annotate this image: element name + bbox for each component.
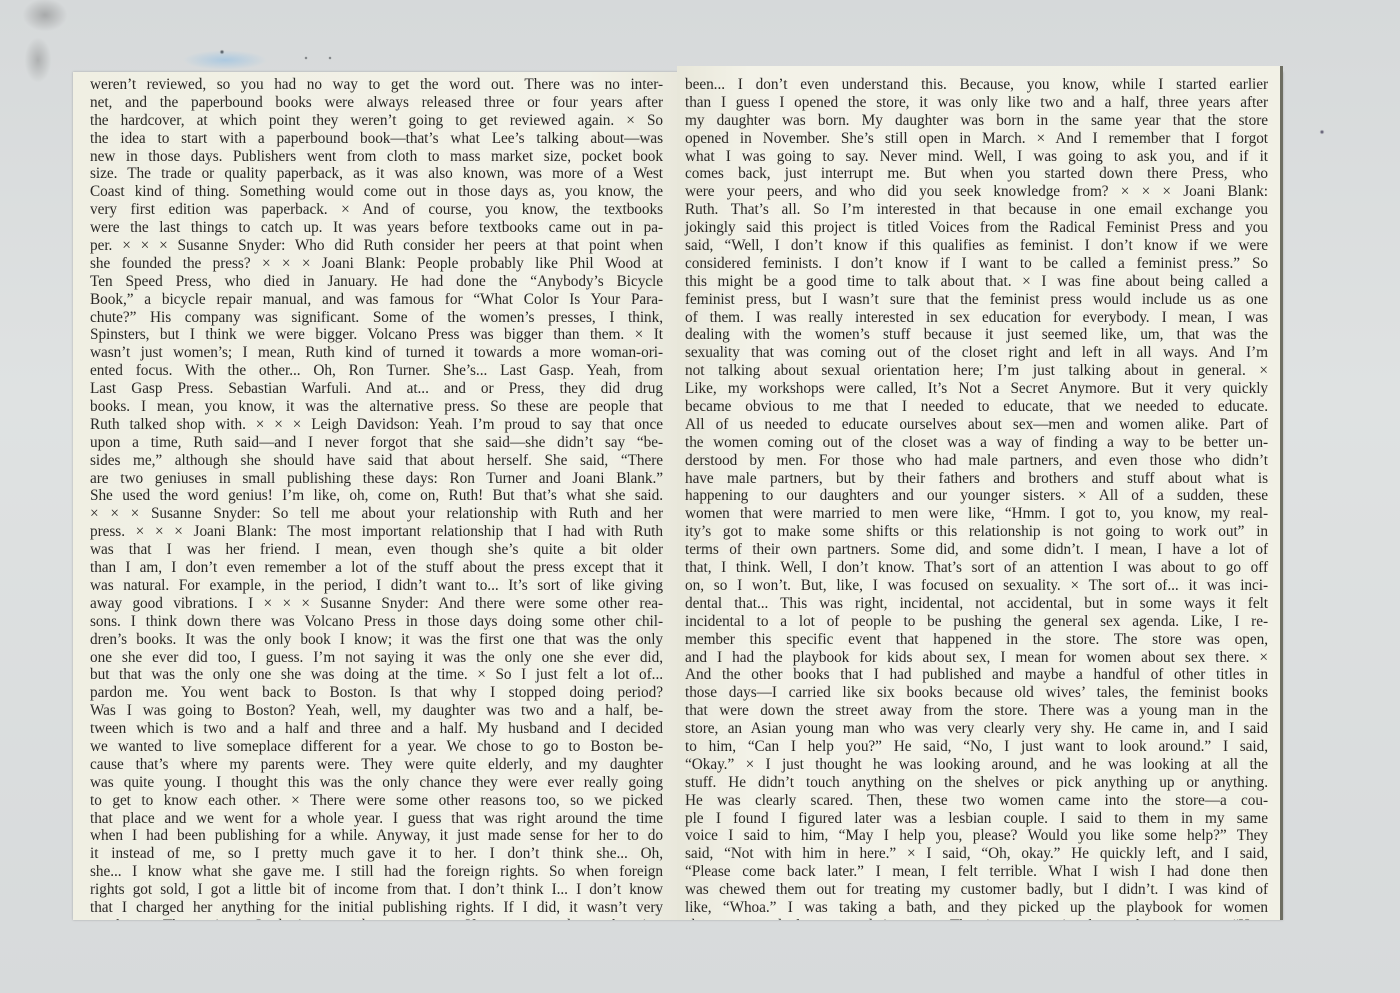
text-line: we wanted to live someplace different fo…: [90, 738, 663, 756]
text-line: sons. I think down there was Volcano Pre…: [90, 613, 663, 631]
text-line: what I was going to say. Never mind. Wel…: [685, 148, 1268, 166]
text-line: when I had been publishing for a while. …: [90, 827, 663, 845]
text-line: to get to know each other. × There were …: [90, 792, 663, 810]
text-line: about sex and they opened it up. × There…: [685, 917, 1268, 920]
text-line: have male partners, but by their fathers…: [685, 470, 1268, 488]
text-line: stuff. He didn’t touch anything on the s…: [685, 774, 1268, 792]
text-line: dren’s books. It was the only book I kno…: [90, 631, 663, 649]
text-line: was natural. For example, in the period,…: [90, 577, 663, 595]
text-line: jokingly said this project is titled Voi…: [685, 219, 1268, 237]
text-line: All of us needed to educate ourselves ab…: [685, 416, 1268, 434]
right-page: been... I don’t even understand this. Be…: [677, 66, 1283, 920]
text-line: store, an Asian young man who was very c…: [685, 720, 1268, 738]
text-line: like, “Whoa.” I was taking a bath, and t…: [685, 899, 1268, 917]
text-line: sexuality that was coming out of the clo…: [685, 344, 1268, 362]
text-line: books. I mean, you know, it was the alte…: [90, 398, 663, 416]
text-line: ple I found I figured later was a lesbia…: [685, 810, 1268, 828]
text-line: than I guess I opened the store, it was …: [685, 94, 1268, 112]
text-line: new in those days. Publishers went from …: [90, 148, 663, 166]
text-line: “Please come back later.” I mean, I felt…: [685, 863, 1268, 881]
text-line: net, and the paperbound books were alway…: [90, 94, 663, 112]
text-line: was chewed them out for treating my cust…: [685, 881, 1268, 899]
text-line: but that was the only one she was doing …: [90, 666, 663, 684]
text-line: happening to our daughters and our young…: [685, 487, 1268, 505]
text-line: much. × The point... I don’t remember an…: [90, 917, 663, 920]
text-line: that I charged her anything for the init…: [90, 899, 663, 917]
text-line: Like, my workshops were called, It’s Not…: [685, 380, 1268, 398]
text-line: not talking about sexual orientation her…: [685, 362, 1268, 380]
text-line: been... I don’t even understand this. Be…: [685, 76, 1268, 94]
text-line: it instead of me, so I pretty much gave …: [90, 845, 663, 863]
text-line: And the other books that I had published…: [685, 666, 1268, 684]
text-line: voice I said to him, “May I help you, pl…: [685, 827, 1268, 845]
text-line: ity’s got to make some shifts or this re…: [685, 523, 1268, 541]
text-line: that place and we went for a whole year.…: [90, 810, 663, 828]
text-line: ented focus. With the other... Oh, Ron T…: [90, 362, 663, 380]
text-line: was that I was her friend. I mean, even …: [90, 541, 663, 559]
text-line: sides me,” although she should have said…: [90, 452, 663, 470]
text-line: per. × × × Susanne Snyder: Who did Ruth …: [90, 237, 663, 255]
text-line: those days—I carried like six books beca…: [685, 684, 1268, 702]
text-line: opened in November. She’s still open in …: [685, 130, 1268, 148]
text-line: that were down the street away from the …: [685, 702, 1268, 720]
text-line: derstood by men. For those who had male …: [685, 452, 1268, 470]
text-line: was quite young. I thought this was the …: [90, 774, 663, 792]
text-line: upon a time, Ruth said—and I never forgo…: [90, 434, 663, 452]
text-line: she founded the press? × × × Joani Blank…: [90, 255, 663, 273]
text-line: dental that... This was right, incidenta…: [685, 595, 1268, 613]
text-line: pardon me. You went back to Boston. Is t…: [90, 684, 663, 702]
text-line: to him, “Can I help you?” He said, “No, …: [685, 738, 1268, 756]
text-line: and I had the playbook for kids about se…: [685, 649, 1268, 667]
left-page-text: weren’t reviewed, so you had no way to g…: [90, 76, 663, 920]
text-line: × × × Susanne Snyder: So tell me about y…: [90, 505, 663, 523]
text-line: this might be a good time to talk about …: [685, 273, 1268, 291]
text-line: Coast kind of thing. Something would com…: [90, 183, 663, 201]
left-page: weren’t reviewed, so you had no way to g…: [73, 72, 677, 920]
text-line: size. The trade or quality paperback, as…: [90, 165, 663, 183]
text-line: than I am, I don’t even remember a lot o…: [90, 559, 663, 577]
text-line: rights got sold, I got a little bit of i…: [90, 881, 663, 899]
text-line: Book,” a bicycle repair manual, and was …: [90, 291, 663, 309]
text-line: press. × × × Joani Blank: The most impor…: [90, 523, 663, 541]
text-line: Ten Speed Press, who died in January. He…: [90, 273, 663, 291]
text-line: dealing with the women’s stuff because i…: [685, 326, 1268, 344]
text-line: Spinsters, but I think we were bigger. V…: [90, 326, 663, 344]
text-line: the women coming out of the closet was a…: [685, 434, 1268, 452]
text-line: Ruth. That’s all. So I’m interested in t…: [685, 201, 1268, 219]
text-line: the hardcover, at which point they weren…: [90, 112, 663, 130]
text-line: were the last things to catch up. It was…: [90, 219, 663, 237]
text-line: “Okay.” × I just thought he was looking …: [685, 756, 1268, 774]
text-line: of them. I was really interested in sex …: [685, 309, 1268, 327]
right-page-text: been... I don’t even understand this. Be…: [685, 70, 1268, 920]
text-line: are two geniuses in small publishing the…: [90, 470, 663, 488]
text-line: my daughter was born. My daughter was bo…: [685, 112, 1268, 130]
text-line: considered feminists. I don’t know if I …: [685, 255, 1268, 273]
text-line: Ruth talked shop with. × × × Leigh David…: [90, 416, 663, 434]
text-line: terms of their own partners. Some did, a…: [685, 541, 1268, 559]
text-line: tween which is two and a half and three …: [90, 720, 663, 738]
text-line: incidental to a lot of people to be push…: [685, 613, 1268, 631]
text-line: She used the word genius! I’m like, oh, …: [90, 487, 663, 505]
text-line: that, I think. Well, I don’t know. That’…: [685, 559, 1268, 577]
text-line: member this specific event that happened…: [685, 631, 1268, 649]
text-line: said, “Well, I don’t know if this qualif…: [685, 237, 1268, 255]
text-line: very first edition was paperback. × And …: [90, 201, 663, 219]
text-line: the idea to start with a paperbound book…: [90, 130, 663, 148]
text-line: He was clearly scared. Then, these two w…: [685, 792, 1268, 810]
text-line: said, “Not with him in here.” × I said, …: [685, 845, 1268, 863]
text-line: on, so I won’t. But, like, I was focused…: [685, 577, 1268, 595]
text-line: she... I know what she gave me. I still …: [90, 863, 663, 881]
text-line: became obvious to me that I needed to ed…: [685, 398, 1268, 416]
text-line: wasn’t just women’s; I mean, Ruth kind o…: [90, 344, 663, 362]
text-line: weren’t reviewed, so you had no way to g…: [90, 76, 663, 94]
text-line: feminist press, but I wasn’t sure that t…: [685, 291, 1268, 309]
text-line: chute?” His company was significant. Som…: [90, 309, 663, 327]
text-line: Was I was going to Boston? Yeah, well, m…: [90, 702, 663, 720]
text-line: one she ever did too, I guess. I’m not s…: [90, 649, 663, 667]
text-line: comes back, just interrupt me. But when …: [685, 165, 1268, 183]
text-line: were your peers, and who did you seek kn…: [685, 183, 1268, 201]
booklet-spread: weren’t reviewed, so you had no way to g…: [73, 72, 1283, 920]
text-line: Last Gasp Press. Sebastian Warfuli. And …: [90, 380, 663, 398]
text-line: cause that’s where my parents were. They…: [90, 756, 663, 774]
text-line: women that were married to men were like…: [685, 505, 1268, 523]
text-line: away good vibrations. I × × × Susanne Sn…: [90, 595, 663, 613]
